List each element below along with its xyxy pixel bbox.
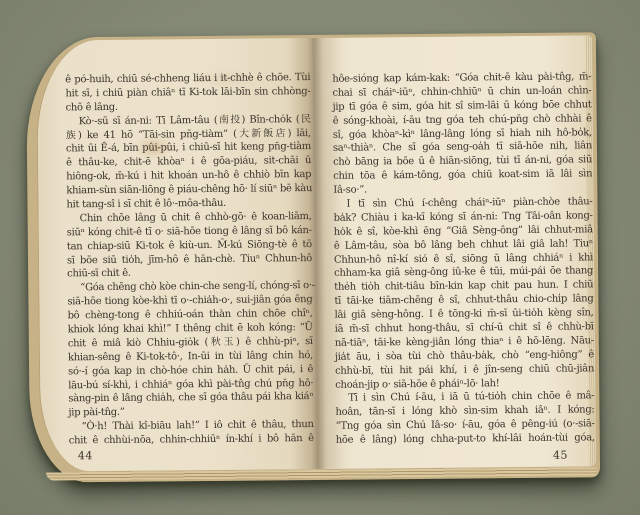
photo-background: ê pó-huih, chiū sé-chheng liáu i it-chhè… xyxy=(0,0,640,515)
page-left-text: ê pó-huih, chiū sé-chheng liáu i it-chhè… xyxy=(65,71,314,448)
page-block: ê pó-huih, chiū sé-chheng liáu i it-chhè… xyxy=(36,35,596,471)
text-line: khiam-sùn siān-liōng ê piáu-chêng hō· lí… xyxy=(66,182,311,198)
page-number-right: 45 xyxy=(553,449,568,462)
open-book: ê pó-huih, chiū sé-chheng liáu i it-chhè… xyxy=(26,32,600,482)
text-line: hōe ê lâng) lóng chha-put-to khí-lâi hoá… xyxy=(336,431,595,447)
text-line: chit ê chhùi-nōa, chhin-chhiūⁿ ín-khí i … xyxy=(69,432,314,448)
text-line: sàng-pin ê lâng chia̍h, che sī góa thâu … xyxy=(68,390,313,406)
page-number-left: 44 xyxy=(78,449,93,462)
page-right-text: hôe-sióng kap kám-kak: “Góa chit-ē kàu p… xyxy=(332,70,595,448)
text-line: hit sī, i chiū piàn chiâⁿ tī Ki-tok lāi-… xyxy=(65,85,310,101)
text-line: chhù-bī, tùi hit pái khí, i ê jîn-seng c… xyxy=(335,362,594,378)
text-line: chin tōa ê kám-tōng, góa chiū koat-sim i… xyxy=(333,168,592,184)
